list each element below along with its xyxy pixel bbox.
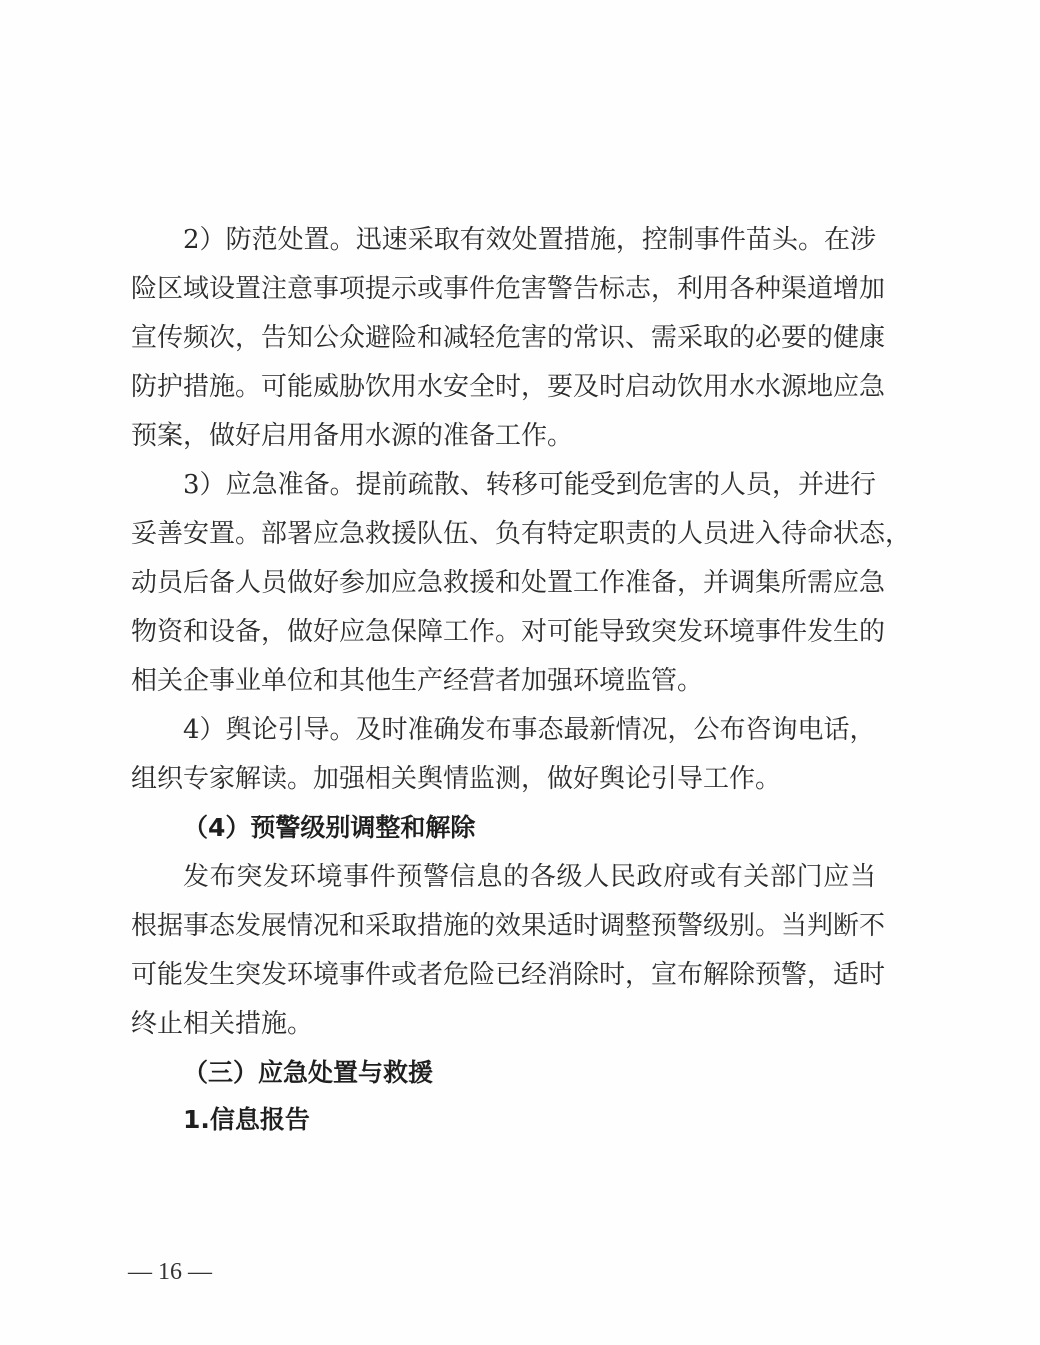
paragraph-line: 险区域设置注意事项提示或事件危害警告标志，利用各种渠道增加 <box>131 269 876 309</box>
section-heading: （三）应急处置与救援 <box>183 1053 433 1093</box>
paragraph-line: 组织专家解读。加强相关舆情监测，做好舆论引导工作。 <box>131 759 876 799</box>
subsection-heading: 1.信息报告 <box>183 1100 310 1140</box>
paragraph-line: 3）应急准备。提前疏散、转移可能受到危害的人员，并进行 <box>183 465 876 505</box>
paragraph-line: 宣传频次，告知公众避险和减轻危害的常识、需采取的必要的健康 <box>131 318 876 358</box>
paragraph-line: 根据事态发展情况和采取措施的效果适时调整预警级别。当判断不 <box>131 906 876 946</box>
paragraph-line: 物资和设备，做好应急保障工作。对可能导致突发环境事件发生的 <box>131 612 876 652</box>
paragraph-line: 相关企事业单位和其他生产经营者加强环境监管。 <box>131 661 876 701</box>
paragraph-line: 妥善安置。部署应急救援队伍、负有特定职责的人员进入待命状态， <box>131 514 876 554</box>
paragraph-line: 可能发生突发环境事件或者危险已经消除时，宣布解除预警，适时 <box>131 955 876 995</box>
paragraph-line: 发布突发环境事件预警信息的各级人民政府或有关部门应当 <box>183 857 876 897</box>
section-heading: （4）预警级别调整和解除 <box>183 808 475 848</box>
paragraph-line: 4）舆论引导。及时准确发布事态最新情况，公布咨询电话， <box>183 710 856 750</box>
paragraph-line: 动员后备人员做好参加应急救援和处置工作准备，并调集所需应急 <box>131 563 876 603</box>
paragraph-line: 防护措施。可能威胁饮用水安全时，要及时启动饮用水水源地应急 <box>131 367 876 407</box>
page-number: — 16 — <box>128 1255 212 1289</box>
paragraph-line: 终止相关措施。 <box>131 1004 876 1044</box>
paragraph-line: 2）防范处置。迅速采取有效处置措施，控制事件苗头。在涉 <box>183 220 876 260</box>
document-page: 2）防范处置。迅速采取有效处置措施，控制事件苗头。在涉 险区域设置注意事项提示或… <box>0 0 1040 1345</box>
paragraph-line: 预案，做好启用备用水源的准备工作。 <box>131 416 876 456</box>
